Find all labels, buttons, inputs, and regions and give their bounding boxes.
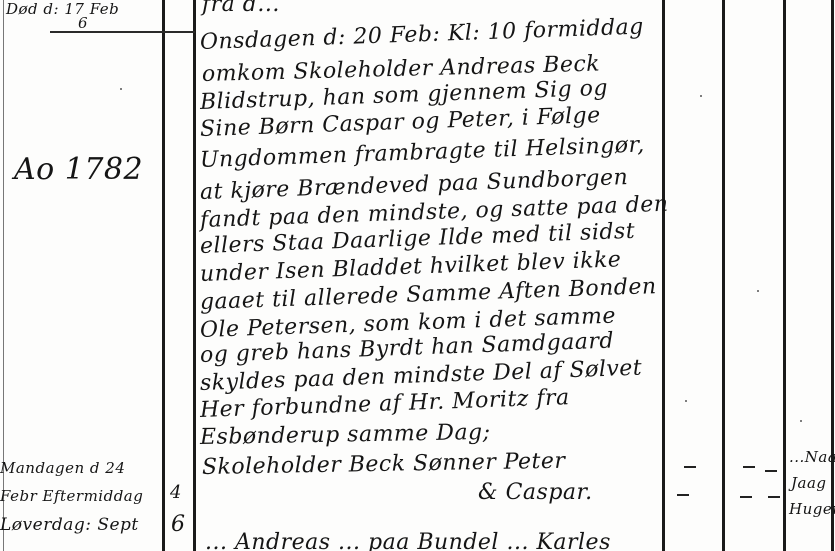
entry-line: Onsdagen d: 20 Feb: Kl: 10 formiddag bbox=[200, 15, 645, 55]
margin-bottom-entry-3: Løverdag: Sept bbox=[0, 515, 139, 535]
paper-speck bbox=[700, 95, 702, 97]
margin-number-1: 4 bbox=[170, 482, 182, 503]
margin-death-date-sub: 6 bbox=[78, 14, 88, 32]
margin-number-2: 6 bbox=[171, 512, 186, 537]
right-edge-text: Jaag bbox=[791, 474, 827, 492]
column-line-4 bbox=[831, 0, 834, 551]
margin-bottom-entry-2: Febr Eftermiddag bbox=[0, 487, 143, 505]
column-line-3 bbox=[783, 0, 786, 551]
column-line-2 bbox=[722, 0, 725, 551]
entry-right-line bbox=[662, 0, 665, 551]
column-dash bbox=[684, 466, 696, 468]
entry-line: Skoleholder Beck Sønner Peter bbox=[202, 449, 566, 480]
column-dash bbox=[765, 470, 777, 472]
paper-speck bbox=[120, 88, 122, 90]
margin-year-note: Ao 1782 bbox=[14, 152, 143, 187]
right-edge-text: Hugen bbox=[789, 500, 835, 518]
paper-speck bbox=[757, 290, 759, 292]
right-edge-text: ...Naa bbox=[789, 448, 835, 466]
entry-line: Esbønderup samme Dag; bbox=[200, 420, 491, 450]
number-column-line bbox=[193, 0, 196, 551]
column-dash bbox=[740, 496, 752, 498]
margin-death-date: Død d: 17 Feb bbox=[6, 0, 119, 18]
column-dash bbox=[677, 494, 689, 496]
margin-column-line bbox=[162, 0, 165, 551]
column-dash bbox=[743, 466, 755, 468]
column-dash bbox=[768, 496, 780, 498]
top-entry-underline bbox=[50, 31, 195, 33]
register-page: Død d: 17 Feb 6 Ao 1782 Mandagen d 24 Fe… bbox=[0, 0, 835, 551]
entry-line: & Caspar. bbox=[478, 480, 593, 505]
entry-line: fra d... bbox=[202, 0, 280, 17]
margin-bottom-entry-1: Mandagen d 24 bbox=[0, 459, 125, 477]
paper-speck bbox=[800, 420, 802, 422]
paper-speck bbox=[685, 400, 687, 402]
entry-line-partial: ... Andreas ... paa Bundel ... Karles bbox=[205, 530, 611, 551]
